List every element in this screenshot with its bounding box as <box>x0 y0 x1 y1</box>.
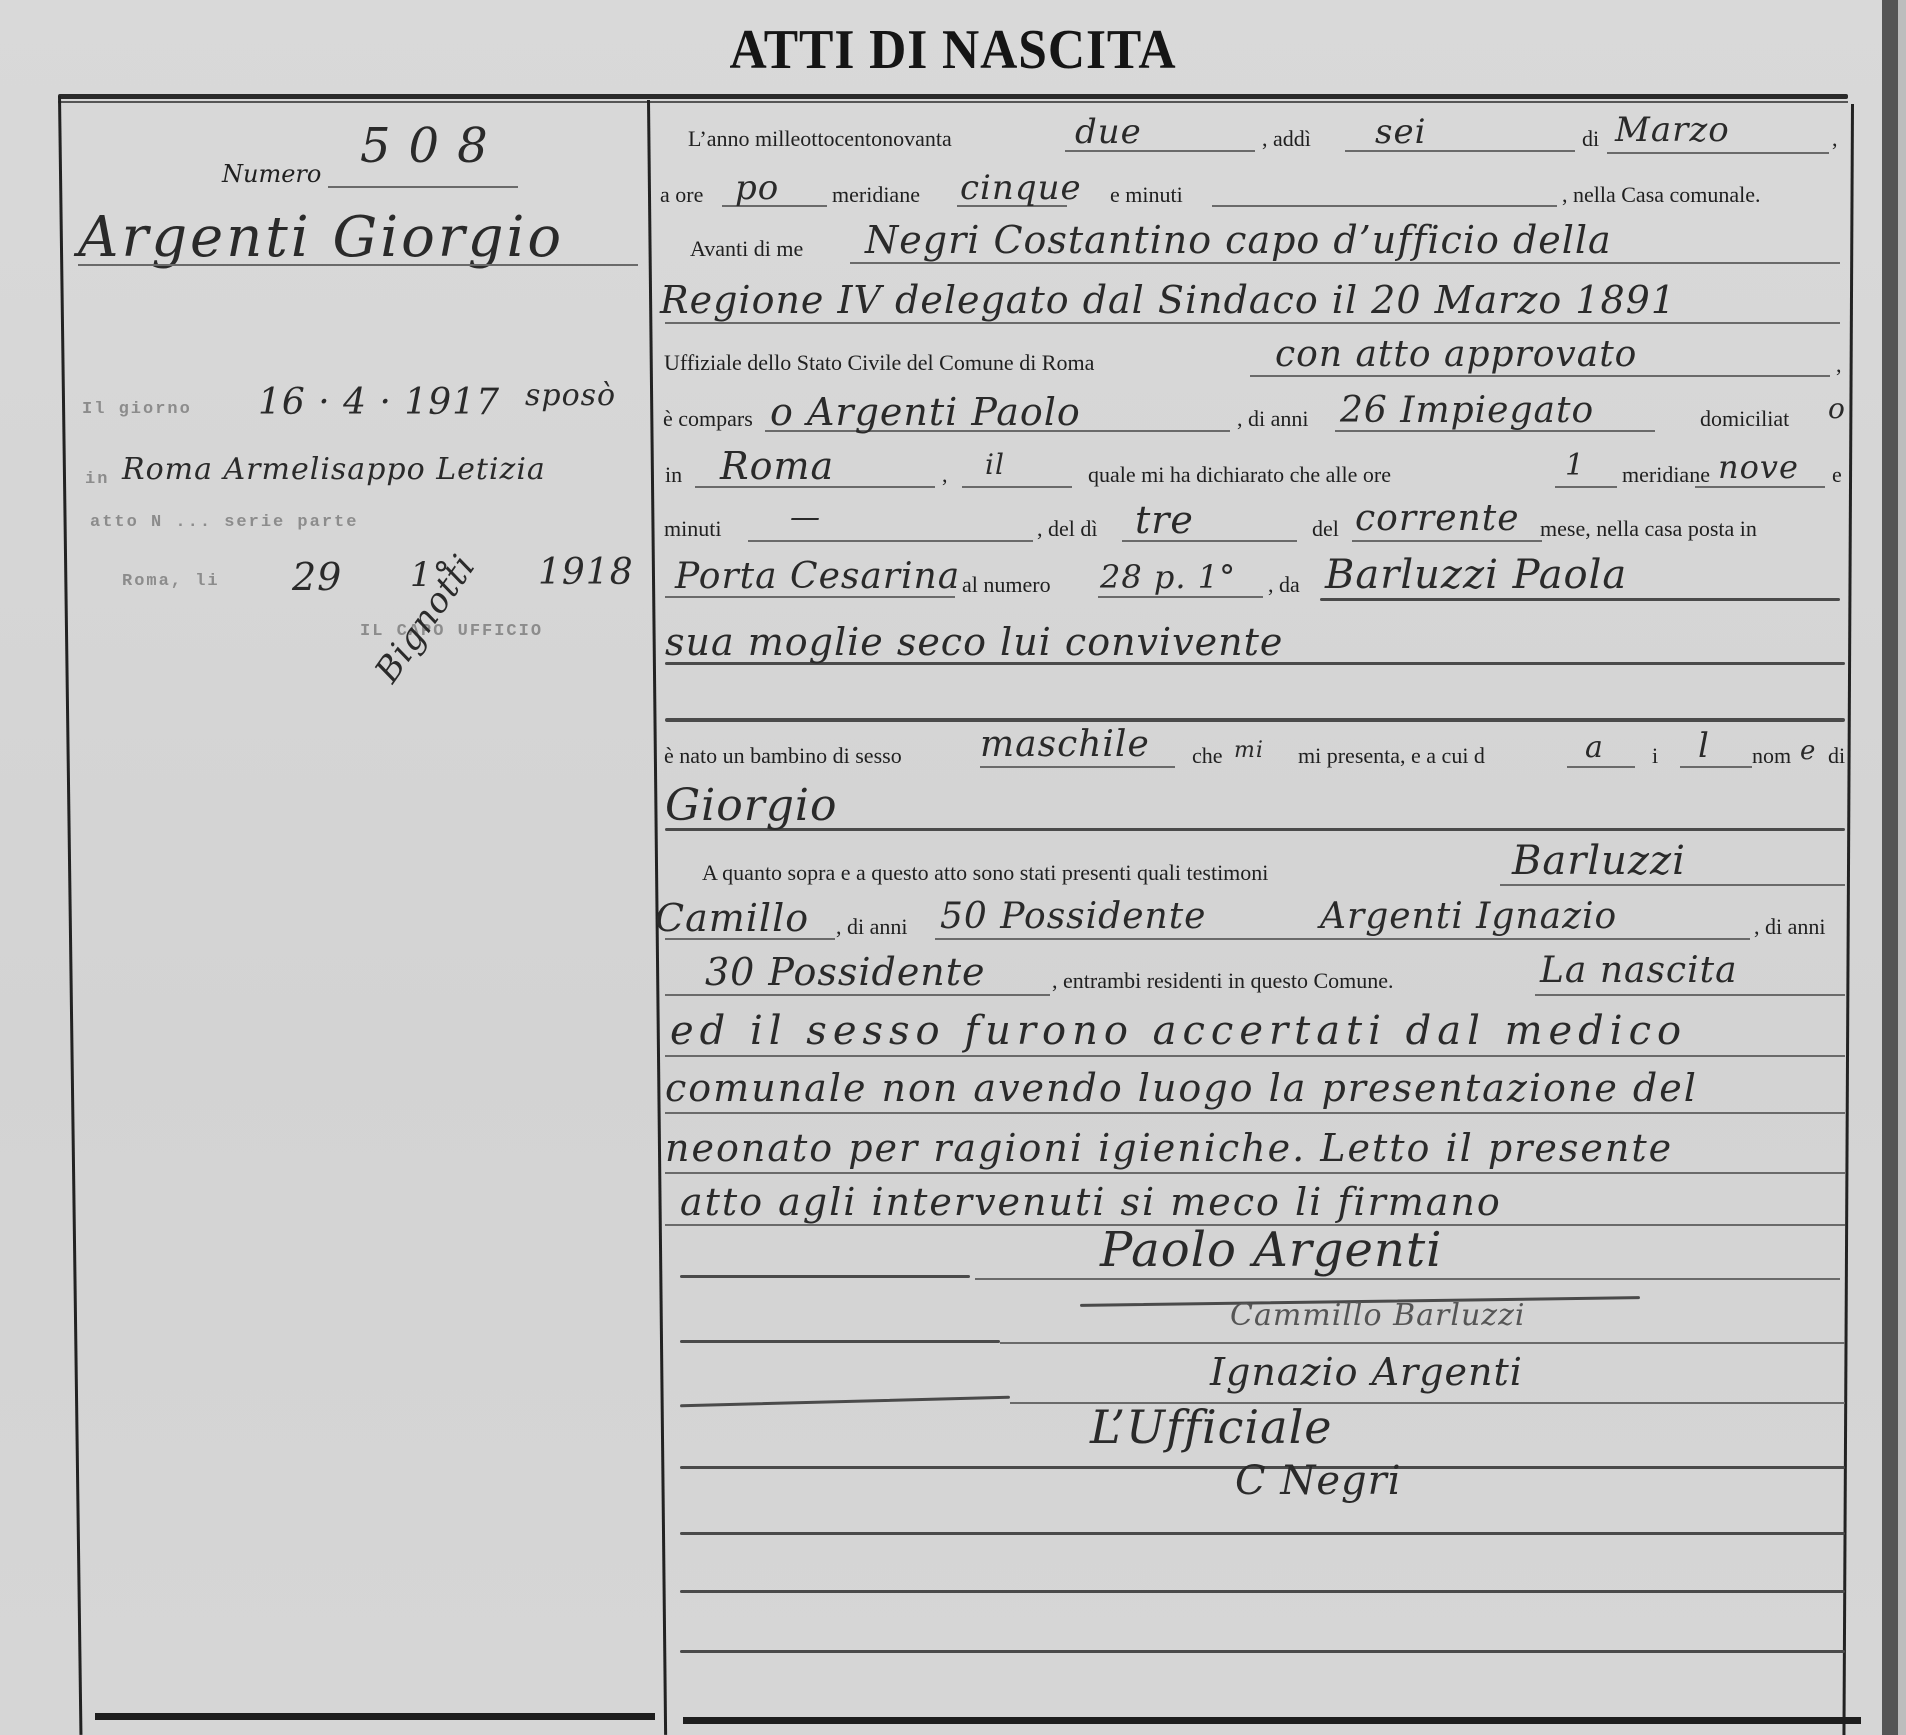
fill-line <box>1607 152 1829 154</box>
handwritten-note: neonato per ragioni igieniche. Letto il … <box>665 1126 1673 1170</box>
fill-line <box>1535 994 1845 996</box>
stamp-giorno-value: 16 · 4 · 1917 <box>258 382 500 423</box>
child-name-margin: Argenti Giorgio <box>78 205 564 270</box>
signature-line <box>680 1275 970 1278</box>
signature-witness2: Ignazio Argenti <box>1210 1350 1523 1394</box>
handwritten-street: Porta Cesarina <box>675 556 960 597</box>
printed-text: , <box>1832 126 1838 152</box>
handwritten-note-start: La nascita <box>1540 950 1738 991</box>
handwritten-name-suffix: e <box>1800 736 1816 766</box>
signature-line <box>680 1532 1845 1535</box>
printed-text: Uffiziale dello Stato Civile del Comune … <box>664 350 1094 376</box>
signature-officer-title: L’Ufficiale <box>1090 1400 1333 1454</box>
stamp-in-value: Roma Armelisappo Letizia <box>122 452 546 487</box>
printed-text: , di anni <box>1237 406 1309 432</box>
signature-line <box>680 1340 1000 1343</box>
signature-line <box>975 1278 1840 1280</box>
handwritten-witness2-age-profession: 30 Possidente <box>705 950 986 994</box>
printed-text: quale mi ha dichiarato che alle ore <box>1088 462 1391 488</box>
printed-text: al numero <box>962 572 1051 598</box>
numero-underline <box>328 186 518 188</box>
signature-declarant: Paolo Argenti <box>1100 1222 1442 1278</box>
handwritten-mother-relation: sua moglie seco lui convivente <box>665 620 1283 664</box>
printed-text: del <box>1312 516 1339 542</box>
top-double-rule <box>58 94 1848 99</box>
printed-text: , di anni <box>836 914 908 940</box>
blank-line <box>680 1650 1845 1653</box>
fill-line <box>935 938 1750 940</box>
handwritten-witness2-name: Argenti Ignazio <box>1320 896 1617 937</box>
printed-text: è nato un bambino di sesso <box>664 743 902 769</box>
printed-text: a ore <box>660 182 703 208</box>
handwritten-note: comunale non avendo luogo la presentazio… <box>665 1066 1698 1110</box>
stamp-roma-day: 29 <box>292 555 342 599</box>
handwritten-article: l <box>1698 726 1710 766</box>
top-double-rule-inner <box>58 101 1848 103</box>
printed-text: , nella Casa comunale. <box>1562 182 1761 208</box>
fill-line <box>665 322 1840 324</box>
printed-text: meridiane <box>1622 462 1710 488</box>
signature-line <box>1000 1342 1845 1344</box>
printed-text: meridiane <box>832 182 920 208</box>
printed-text: , entrambi residenti in questo Comune. <box>1052 968 1394 994</box>
margin-bottom-rule <box>95 1713 655 1720</box>
handwritten-witness1-age-profession: 50 Possidente <box>940 896 1206 937</box>
printed-text: , addì <box>1262 126 1311 152</box>
numero-label: Numero <box>222 160 321 188</box>
blank-line <box>680 1590 1845 1593</box>
printed-text: in <box>665 462 682 488</box>
stamp-atto-label: atto N ... serie parte <box>90 513 358 532</box>
fill-line <box>1555 486 1617 488</box>
handwritten-city: Roma <box>720 444 834 488</box>
printed-text: A quanto sopra e a questo atto sono stat… <box>702 860 1268 886</box>
fill-line <box>1098 596 1263 598</box>
handwritten-article: il <box>985 448 1005 481</box>
fill-line <box>1352 540 1542 542</box>
printed-text: mi presenta, e a cui d <box>1298 743 1485 769</box>
fill-line <box>665 828 1845 831</box>
left-frame-line <box>58 96 82 1735</box>
printed-text: di <box>1582 126 1599 152</box>
handwritten-age-profession: 26 Impiegato <box>1340 390 1594 431</box>
right-frame-line <box>1842 104 1854 1735</box>
fill-line <box>1250 375 1830 377</box>
page-title: ATTI DI NASCITA <box>76 18 1830 82</box>
fill-line <box>1680 766 1752 768</box>
printed-text: minuti <box>664 516 721 542</box>
handwritten-witness1-surname: Barluzzi <box>1512 838 1686 884</box>
printed-text: mese, nella casa posta in <box>1540 516 1757 542</box>
handwritten-hour: cinque <box>960 168 1082 208</box>
printed-text: i <box>1652 743 1658 769</box>
fill-line <box>748 540 1033 542</box>
printed-text: e minuti <box>1110 182 1183 208</box>
fill-line <box>665 1172 1845 1174</box>
printed-text: di <box>1828 743 1845 769</box>
handwritten-house-number: 28 p. 1° <box>1100 558 1236 596</box>
handwritten-year: due <box>1075 112 1142 152</box>
page-edge <box>1898 0 1906 1735</box>
printed-text: , del dì <box>1037 516 1098 542</box>
printed-text: nom <box>1752 743 1791 769</box>
fill-line <box>850 262 1840 264</box>
handwritten-hour-birth-word: nove <box>1718 448 1799 486</box>
fill-line <box>980 766 1175 768</box>
stamp-roma-label: Roma, li <box>122 572 220 591</box>
printed-text: , <box>1836 352 1842 378</box>
handwritten-witness1-name: Camillo <box>655 896 809 940</box>
fill-line <box>1500 884 1845 886</box>
handwritten-birth-day: tre <box>1135 498 1194 542</box>
blank-line-crossed <box>665 718 1845 722</box>
handwritten-sex: maschile <box>980 724 1150 765</box>
stamp-in-label: in <box>85 470 109 489</box>
handwritten-day: sei <box>1375 112 1426 152</box>
printed-text: che <box>1192 743 1223 769</box>
handwritten-month-ref: corrente <box>1355 498 1520 539</box>
printed-text: Avanti di me <box>690 236 803 262</box>
fill-line <box>665 1112 1845 1114</box>
signature-witness1: Cammillo Barluzzi <box>1230 1298 1526 1333</box>
handwritten-approval: con atto approvato <box>1275 334 1637 375</box>
handwritten-child-name: Giorgio <box>665 780 837 831</box>
handwritten-minutes: — <box>790 500 821 535</box>
handwritten-delegation: Regione IV delegato dal Sindaco il 20 Ma… <box>660 278 1676 322</box>
handwritten-declarant: o Argenti Paolo <box>770 390 1081 434</box>
printed-text: e <box>1832 462 1842 488</box>
handwritten-officer: Negri Costantino capo d’ufficio della <box>865 218 1612 262</box>
record-bottom-rule <box>683 1717 1861 1724</box>
fill-line <box>1695 486 1825 488</box>
printed-text: domiciliat <box>1700 406 1789 432</box>
printed-text: L’anno milleottocentonovanta <box>688 126 952 152</box>
handwritten-mother: Barluzzi Paola <box>1325 552 1627 598</box>
numero-value: 508 <box>360 118 506 174</box>
printed-text: è compars <box>663 406 753 432</box>
fill-line <box>1320 598 1840 601</box>
handwritten-article-suffix: a <box>1585 730 1604 765</box>
fill-line <box>1567 766 1635 768</box>
page-edge-shadow <box>1882 0 1898 1735</box>
handwritten-note: atto agli intervenuti si meco li firmano <box>680 1180 1502 1224</box>
handwritten-suffix: o <box>1828 392 1846 425</box>
printed-text: , di anni <box>1754 914 1826 940</box>
handwritten-hour-birth: 1 <box>1565 448 1585 483</box>
printed-text: , da <box>1268 572 1300 598</box>
handwritten-note: ed il sesso furono accertati dal medico <box>670 1008 1687 1054</box>
fill-line <box>1212 205 1557 207</box>
handwritten-hour-part: po <box>735 168 779 208</box>
stamp-giorno-extra: sposò <box>525 378 616 413</box>
handwritten-month: Marzo <box>1615 110 1730 150</box>
handwritten-pronoun: mi <box>1234 738 1264 763</box>
child-name-underline <box>78 264 638 266</box>
document-page: ATTI DI NASCITA Numero 508 Argenti Giorg… <box>0 0 1906 1735</box>
signature-officer-name: C Negri <box>1235 1458 1402 1504</box>
fill-line <box>962 486 1072 488</box>
stamp-roma-year: 1918 <box>538 552 634 593</box>
printed-text: , <box>942 462 948 488</box>
signature-line <box>680 1396 1010 1408</box>
stamp-giorno-label: Il giorno <box>82 400 192 419</box>
fill-line <box>665 994 1050 996</box>
fill-line <box>665 1055 1845 1057</box>
